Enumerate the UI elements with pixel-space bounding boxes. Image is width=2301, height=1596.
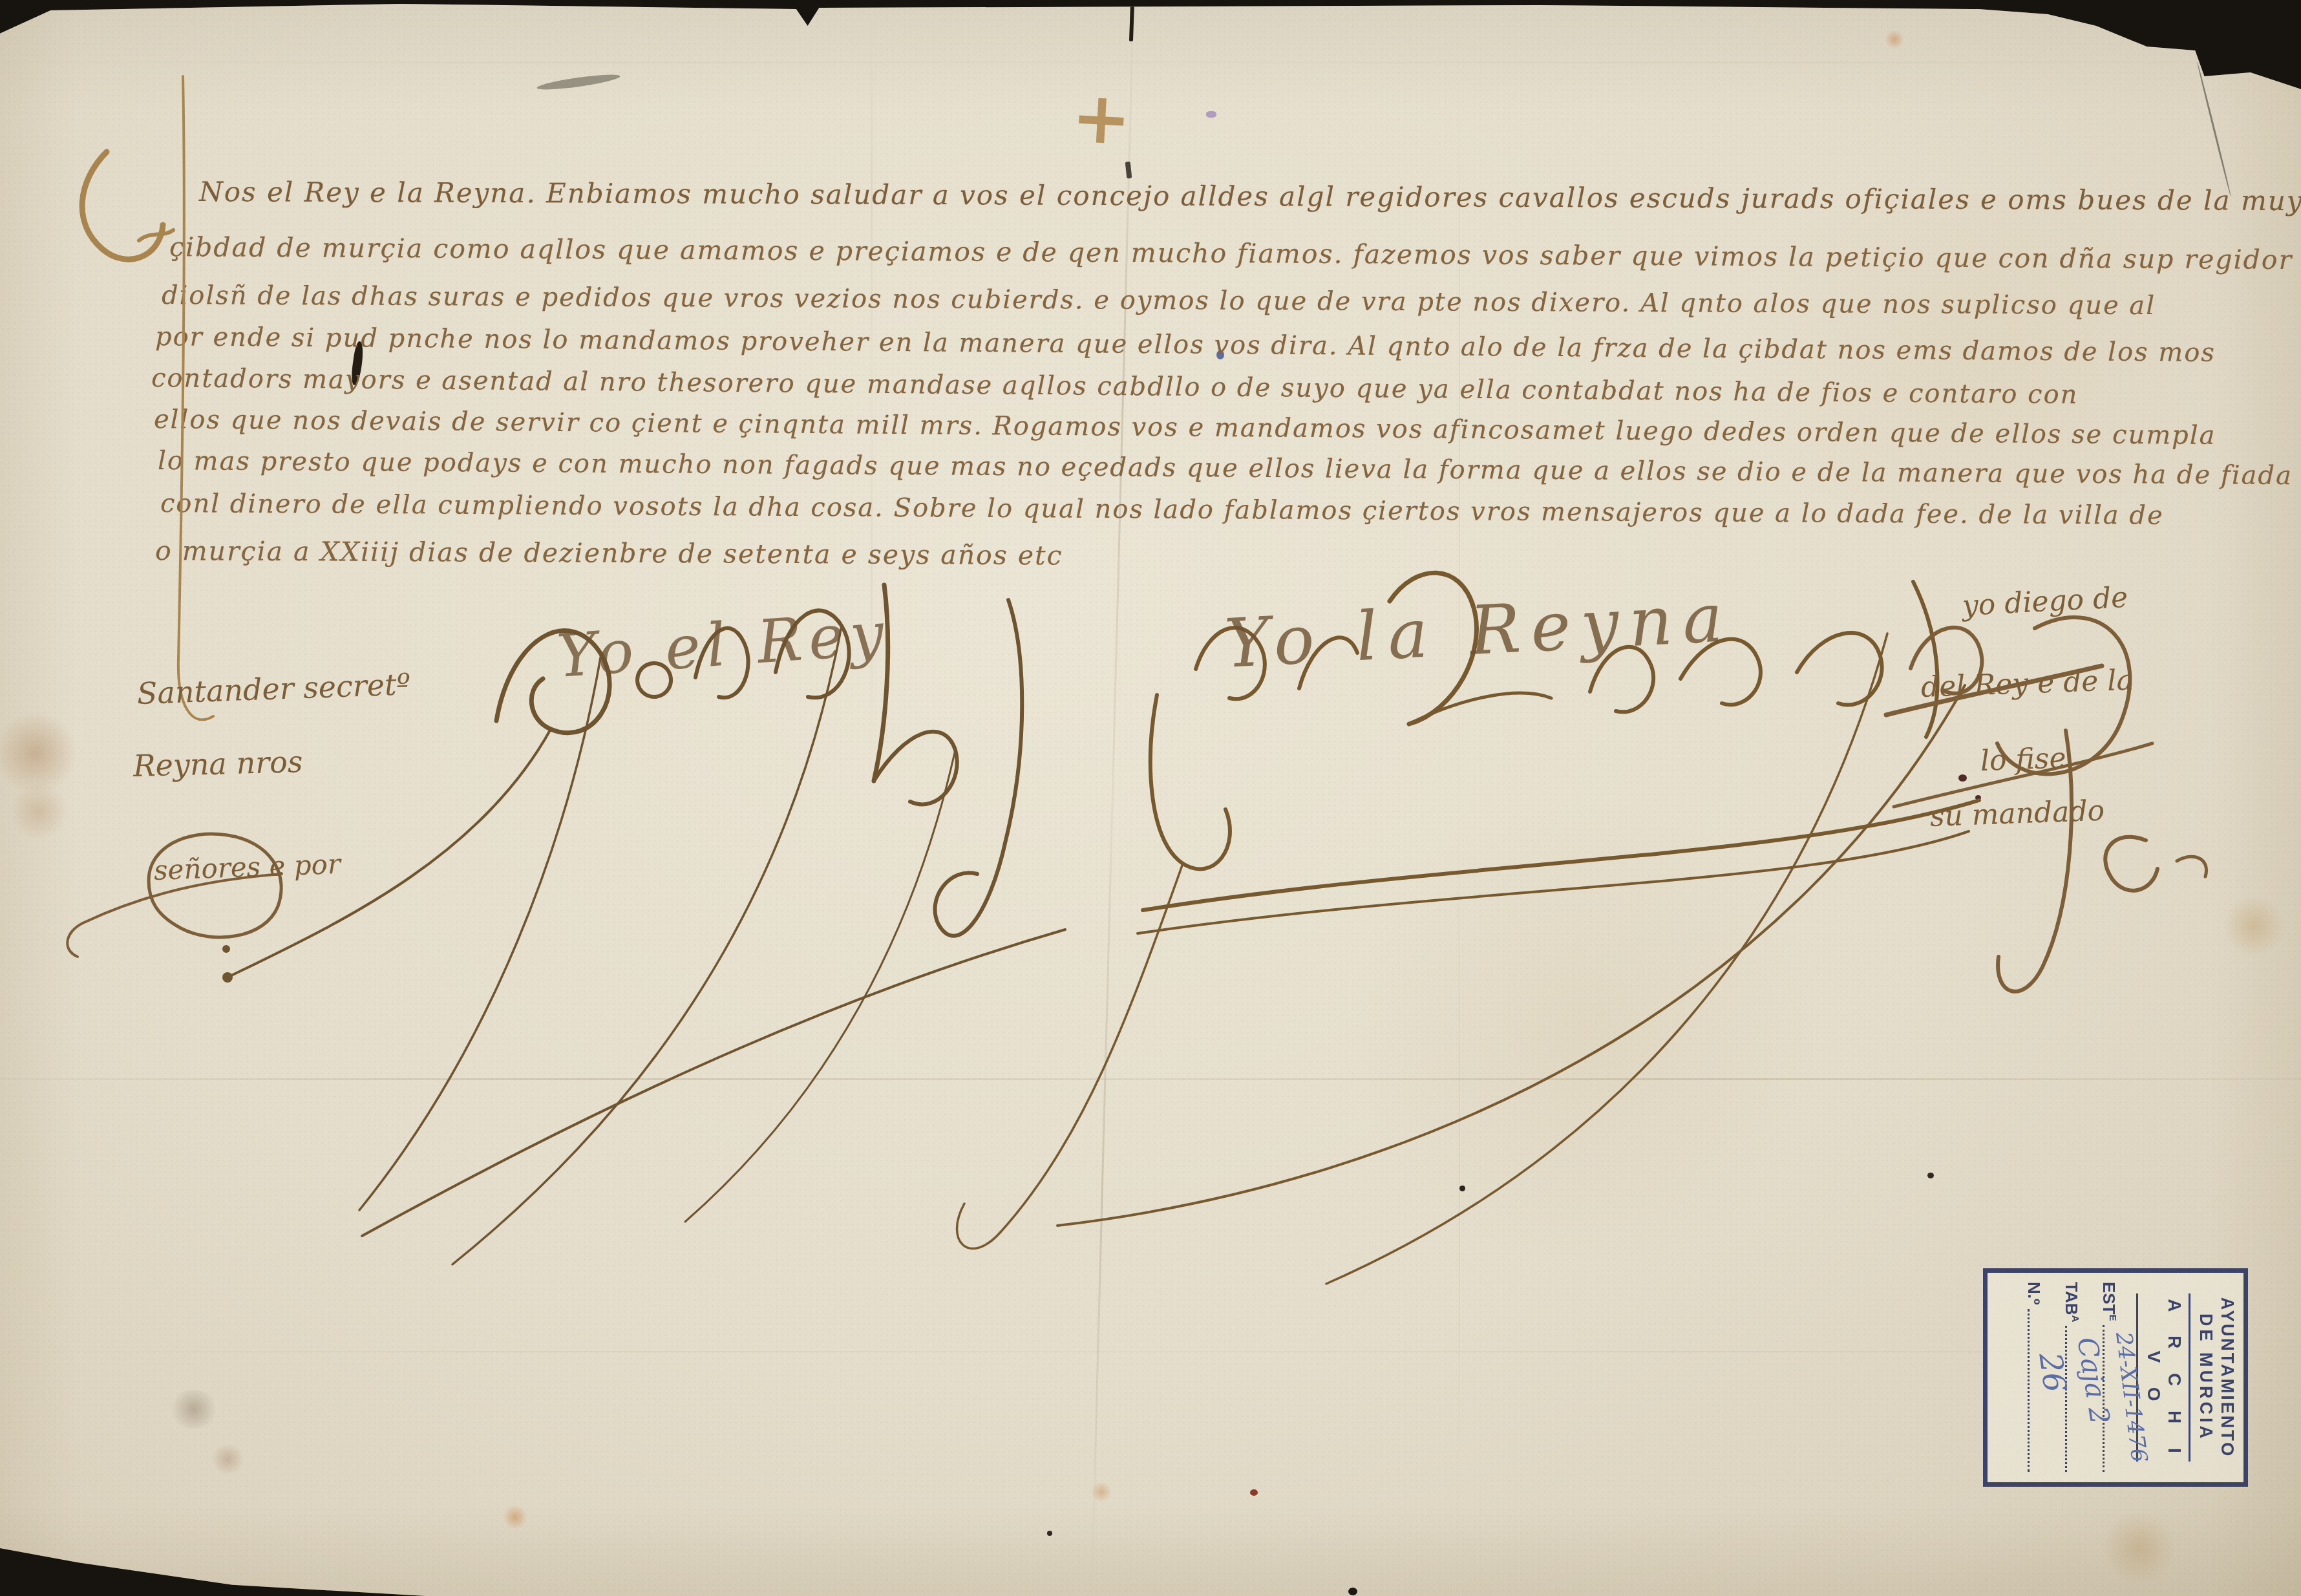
- archive-stamp: AYUNTAMIENTO DE MURCIA A R C H I V O EST…: [1983, 1268, 2248, 1487]
- stamp-rule-top: [2189, 1293, 2190, 1462]
- stamp-este-label: EST: [2099, 1282, 2119, 1315]
- stamp-taba-label: TAB: [2062, 1282, 2081, 1315]
- stamp-institution-line1: AYUNTAMIENTO: [2217, 1282, 2237, 1473]
- stamp-numero-dotted-line: [2028, 1309, 2030, 1473]
- secretary-right-line-4: su mandado: [1929, 794, 2105, 833]
- stamp-este-sup: E: [2107, 1315, 2118, 1321]
- stamp-numero-label: N.º: [2024, 1282, 2044, 1305]
- pen-flourishes: [0, 0, 2301, 1596]
- stamp-institution-line2: DE MURCIA: [2196, 1282, 2216, 1473]
- scanned-manuscript: + Nos el Rey e la Reyna. Enbiamos mucho …: [0, 0, 2301, 1596]
- stamp-taba-dotted-line: [2065, 1326, 2068, 1472]
- paper-sheet: + Nos el Rey e la Reyna. Enbiamos mucho …: [0, 0, 2301, 1596]
- secretary-left-line-3: señores e por: [153, 848, 341, 886]
- stamp-numero-handwritten-value: 26: [2031, 1350, 2073, 1394]
- stamp-taba-sup: A: [2070, 1315, 2081, 1323]
- stamp-field-numero: N.º 26: [2024, 1282, 2051, 1473]
- secretary-right-line-3: lo fise: [1980, 741, 2066, 778]
- secretary-left-line-2: Reyna nros: [133, 744, 303, 783]
